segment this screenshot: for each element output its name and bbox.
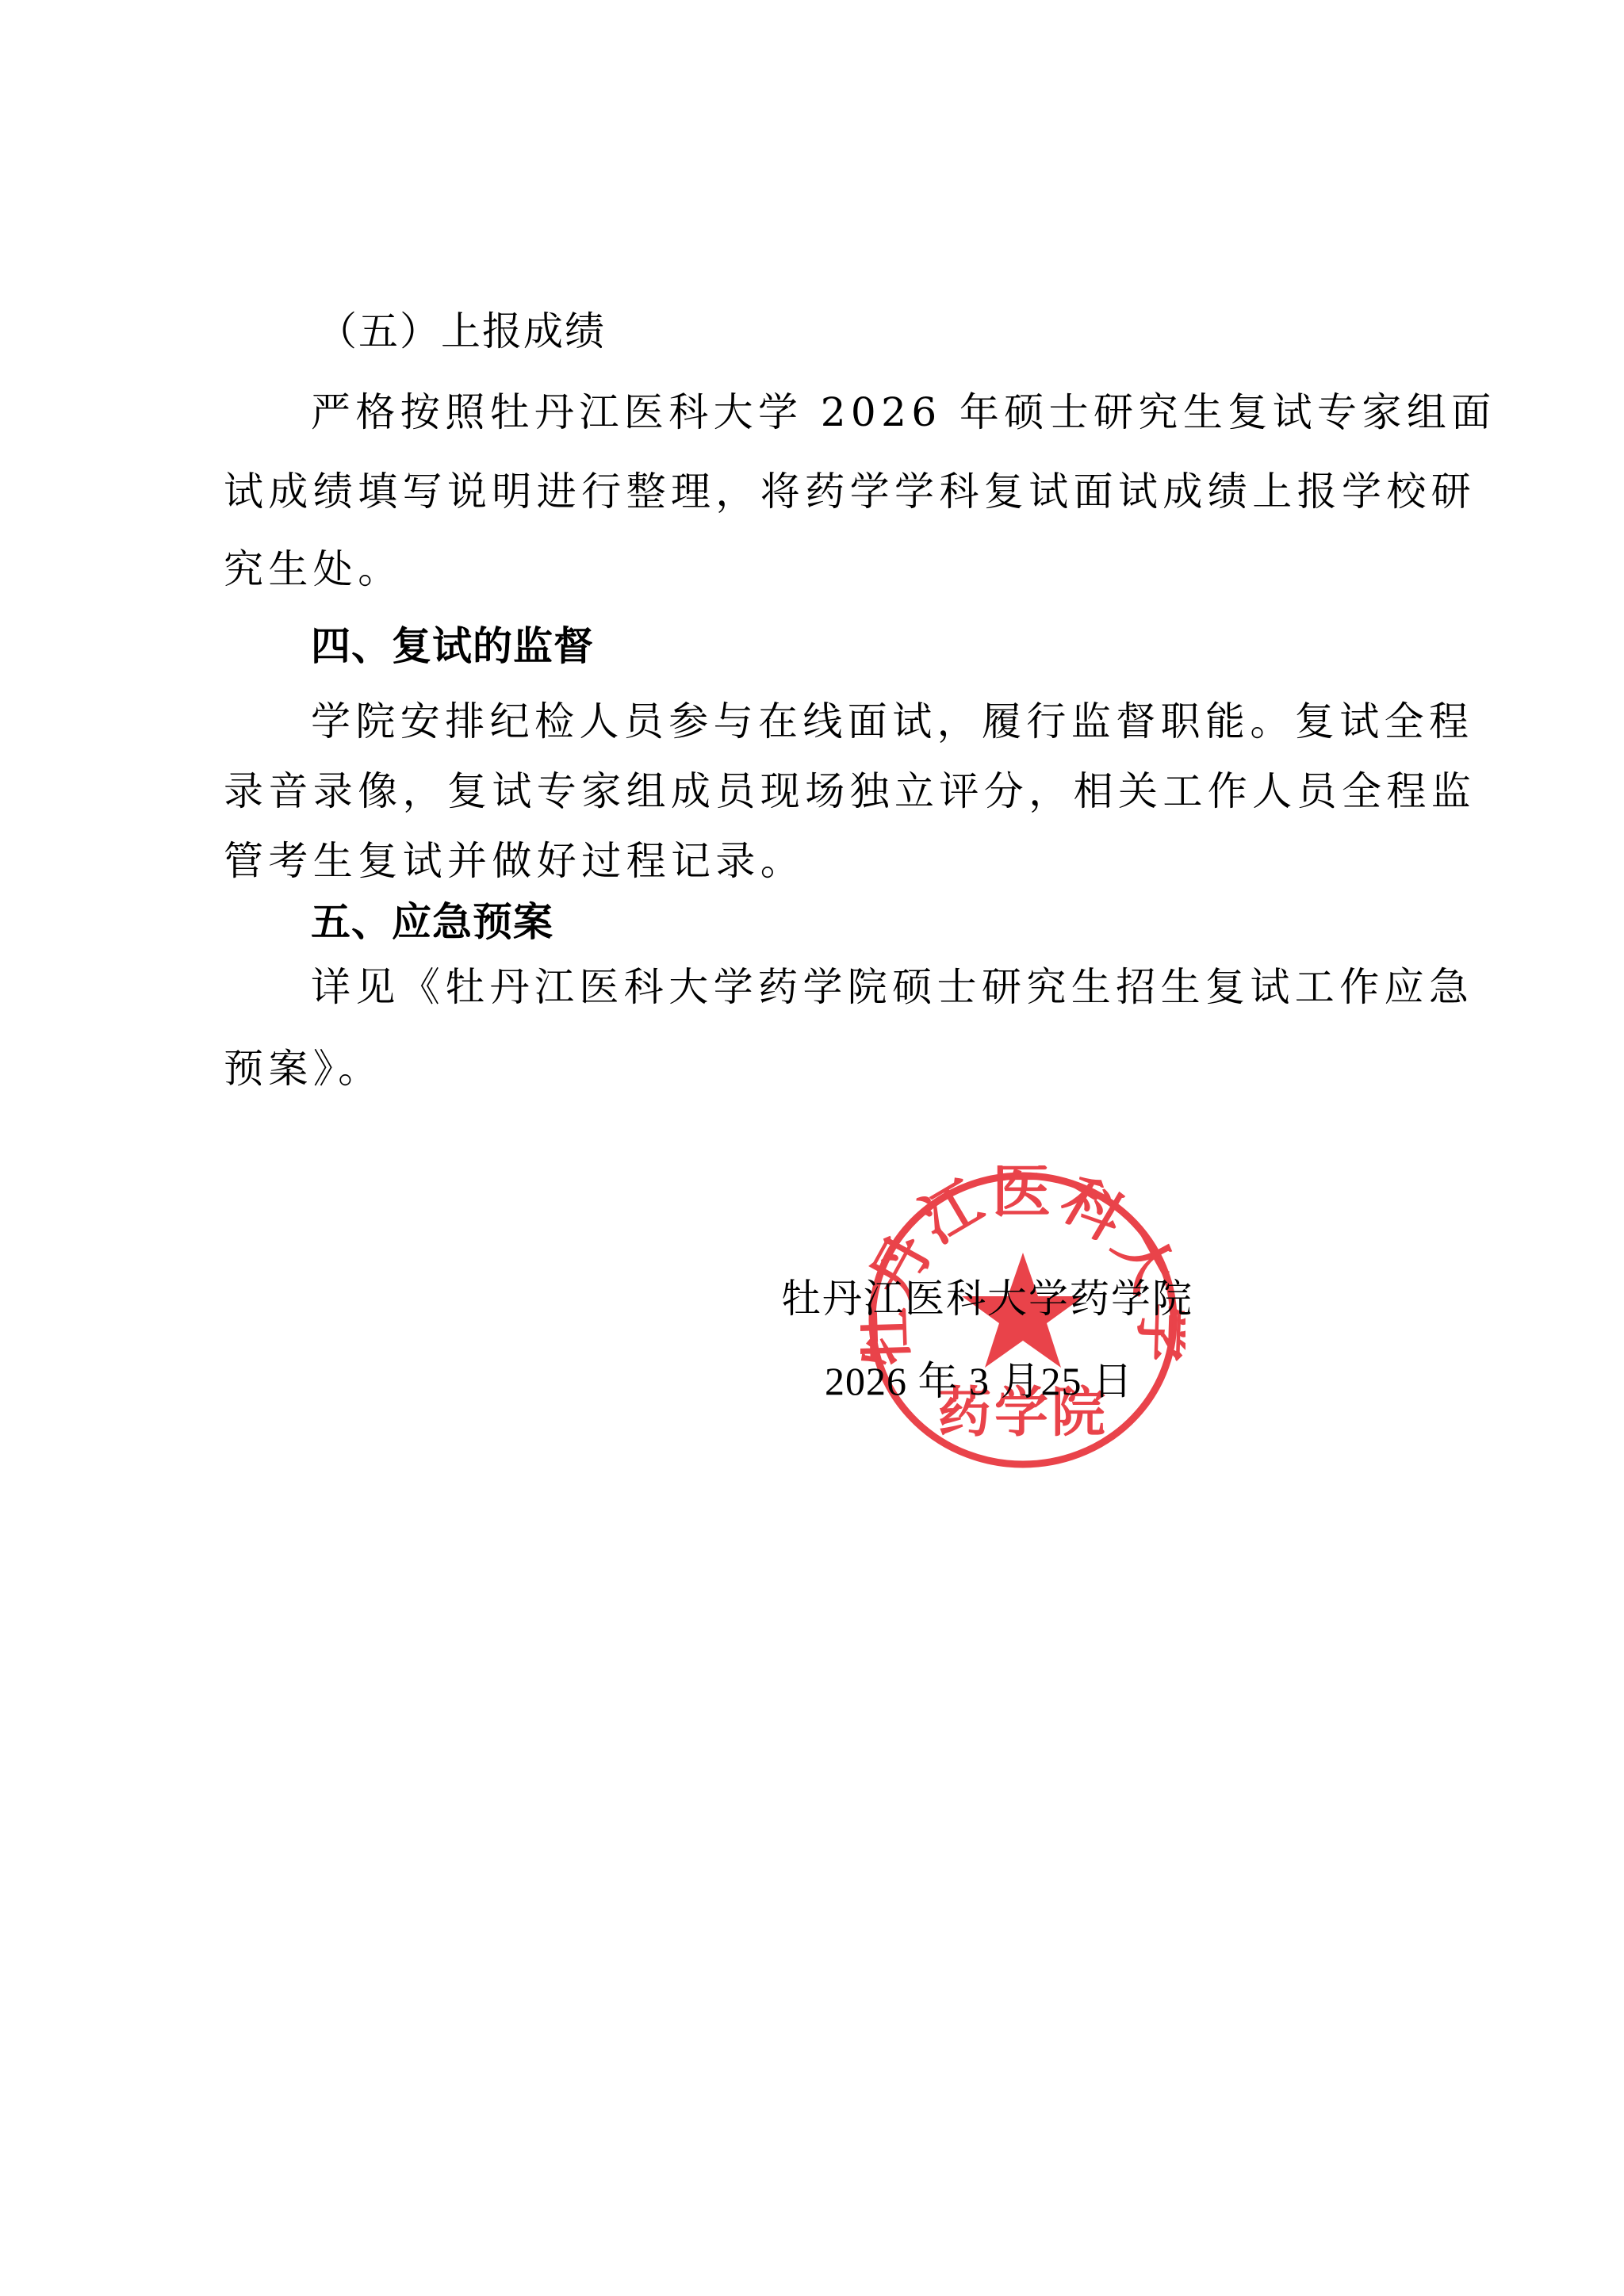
section-heading-emergency-plan: 五、应急预案 [311, 898, 553, 946]
paragraph-line: 严格按照牡丹江医科大学 2026 年硕士研究生复试专家组面 [311, 388, 1435, 436]
paragraph-line: 管考生复试并做好过程记录。 [224, 837, 805, 885]
section-heading-report-scores: （五）上报成绩 [317, 308, 606, 355]
svg-text:药学院: 药学院 [937, 1382, 1109, 1445]
paragraph-line: 究生处。 [224, 545, 403, 593]
paragraph-line: 试成绩填写说明进行整理，将药学学科复试面试成绩上报学校研 [224, 468, 1435, 515]
official-seal-stamp: 牡丹江医科大学 药学院 [860, 1165, 1185, 1475]
document-page: （五）上报成绩 严格按照牡丹江医科大学 2026 年硕士研究生复试专家组面 试成… [0, 0, 1624, 2296]
paragraph-line: 学院安排纪检人员参与在线面试，履行监督职能。复试全程 [311, 698, 1435, 745]
seal-icon: 牡丹江医科大学 药学院 [860, 1165, 1185, 1475]
section-heading-supervision: 四、复试的监督 [311, 622, 594, 670]
paragraph-line: 录音录像，复试专家组成员现场独立评分，相关工作人员全程监 [224, 767, 1435, 815]
paragraph-line: 详见《牡丹江医科大学药学院硕士研究生招生复试工作应急 [311, 963, 1435, 1011]
paragraph-line: 预案》。 [224, 1045, 383, 1093]
